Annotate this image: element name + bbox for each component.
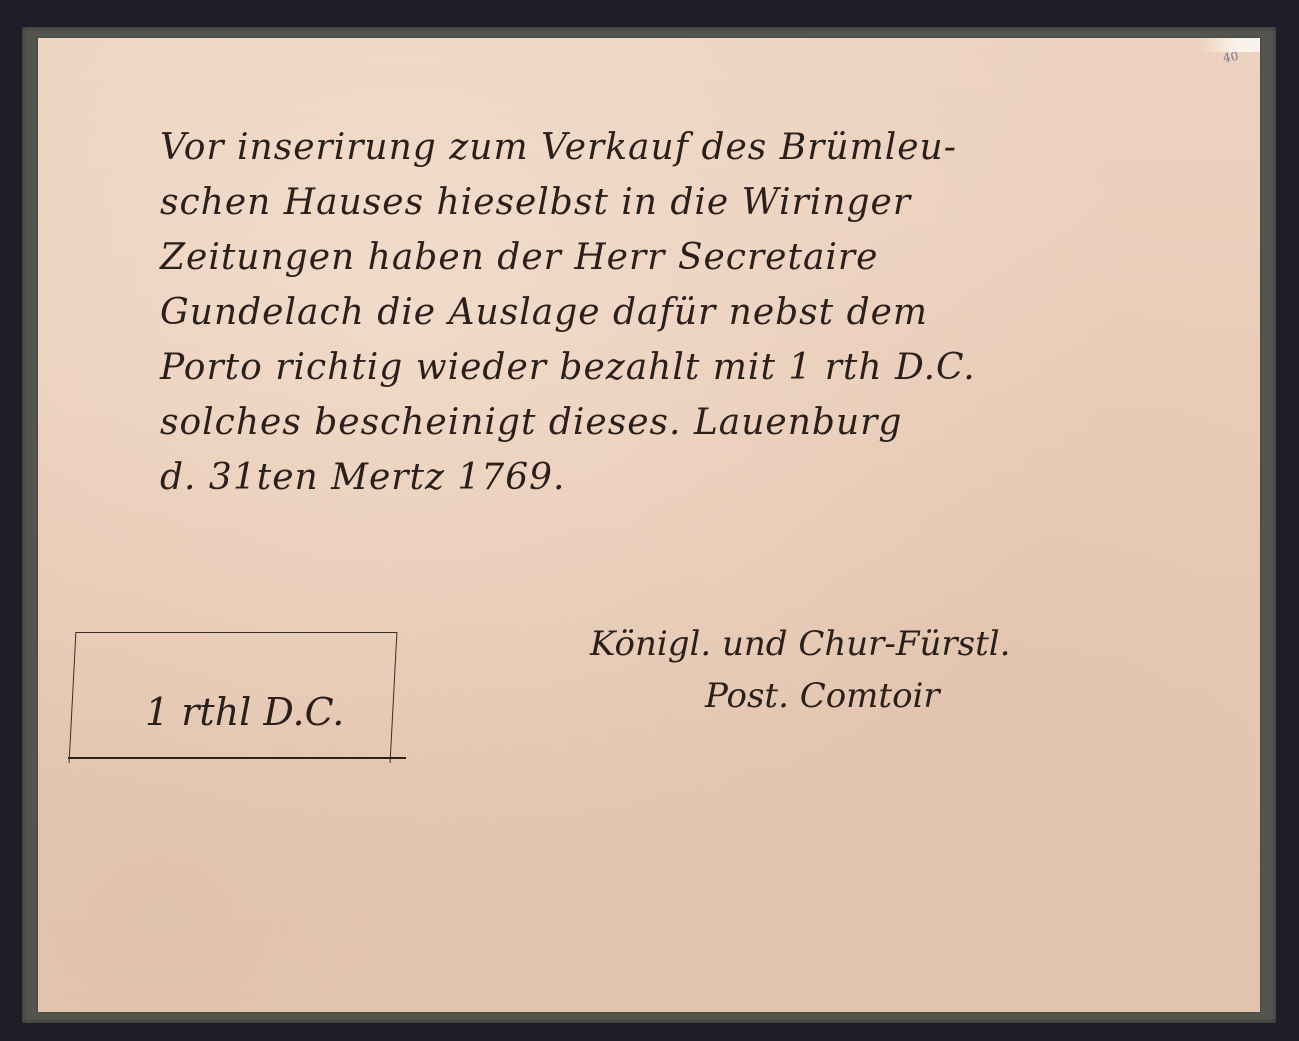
body-line-1: Vor inserirung zum Verkauf des Brümleu-	[160, 120, 1180, 175]
amount-box-underline	[68, 757, 406, 759]
postal-office-signature: Königl. und Chur-Fürstl. Post. Comtoir	[590, 618, 1010, 722]
scanned-document: 40 Vor inserirung zum Verkauf des Brümle…	[0, 0, 1299, 1041]
amount-box-text: 1 rthl D.C.	[145, 690, 344, 734]
body-line-4: Gundelach die Auslage dafür nebst dem	[160, 285, 1180, 340]
body-line-6: solches bescheinigt dieses. Lauenburg	[160, 395, 1180, 450]
body-line-7: d. 31ten Mertz 1769.	[160, 450, 1180, 505]
body-line-2: schen Hauses hieselbst in die Wiringer	[160, 175, 1180, 230]
receipt-body-text: Vor inserirung zum Verkauf des Brümleu- …	[160, 120, 1180, 505]
signature-line-1: Königl. und Chur-Fürstl.	[590, 618, 1010, 670]
signature-line-2: Post. Comtoir	[590, 670, 1010, 722]
body-line-5: Porto richtig wieder bezahlt mit 1 rth D…	[160, 340, 1180, 395]
body-line-3: Zeitungen haben der Herr Secretaire	[160, 230, 1180, 285]
corner-ink-mark: 40	[1222, 49, 1239, 65]
